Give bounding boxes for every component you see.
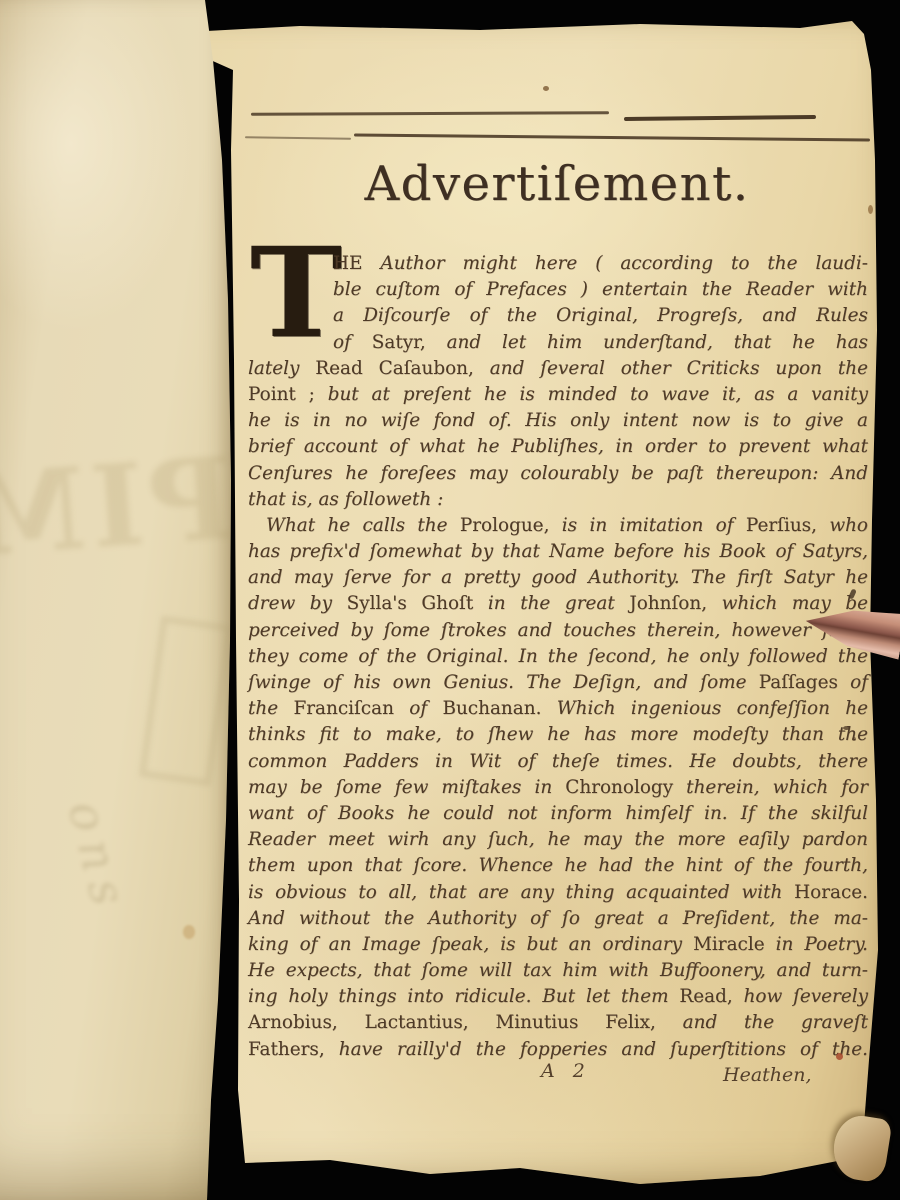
signature-mark: A 2 — [541, 1060, 591, 1082]
text-line: He expects, that ſome will tax him with … — [248, 958, 868, 984]
text-line: thinks fit to make, to ſhew he has more … — [248, 722, 868, 748]
text-line: What he calls the Prologue, is in imitat… — [248, 513, 868, 539]
showthrough-text: PIM — [30, 433, 239, 578]
text-line: common Padders in Wit of theſe times. He… — [248, 749, 868, 775]
text-line: want of Books he could not inform himſel… — [248, 801, 868, 827]
book-photo-frame: Advertiſement. T HE Author might here ( … — [0, 0, 900, 1200]
text-line: that is, as followeth : — [248, 487, 868, 513]
foxing-spot — [543, 86, 549, 91]
text-line: brief account of what he Publiſhes, in o… — [248, 434, 868, 460]
text-line: of Satyr, and let him underſtand, that h… — [333, 330, 868, 356]
page-title: Advertiſement. — [248, 156, 866, 212]
text-line: the Franciſcan of Buchanan. Which ingeni… — [248, 696, 868, 722]
text-line: king of an Image ſpeak, is but an ordina… — [248, 932, 868, 958]
text-line: has prefix'd ſomewhat by that Name befor… — [248, 539, 868, 565]
text-line: he is in no wiſe fond of. His only inten… — [248, 408, 868, 434]
text-line: perceived by ſome ſtrokes and touches th… — [248, 618, 868, 644]
text-line: may be ſome few miſtakes in Chronology t… — [248, 775, 868, 801]
foxing-spot — [868, 205, 873, 214]
catchword: Heathen, — [723, 1064, 812, 1086]
text-line: Cenſures he foreſees may colourably be p… — [248, 461, 868, 487]
foxing-spot — [852, 737, 856, 741]
text-line: Fathers, have railly'd the fopperies and… — [248, 1037, 868, 1063]
direction-line: A 2 Heathen, — [248, 1060, 868, 1090]
foxing-spot — [843, 726, 850, 730]
text-line: they come of the Original. In the ſecond… — [248, 644, 868, 670]
text-line: Reader meet wirh any ſuch, he may the mo… — [248, 827, 868, 853]
foxing-spot-red — [836, 1053, 843, 1060]
facing-page: PIM ons — [0, 0, 236, 1200]
text-line: ble cuſtom of Prefaces ) entertain the R… — [333, 277, 868, 303]
text-line: Arnobius, Lactantius, Minutius Felix, an… — [248, 1010, 868, 1036]
text-line: lately Read Caſaubon, and ſeveral other … — [248, 356, 868, 382]
foxing-spot — [183, 925, 195, 939]
text-line: drew by Sylla's Ghoſt in the great Johnſ… — [248, 591, 868, 617]
text-line: a Diſcourſe of the Original, Progreſs, a… — [333, 303, 868, 329]
text-line: ſwinge of his own Genius. The Deſign, an… — [248, 670, 868, 696]
text-line: is obvious to all, that are any thing ac… — [248, 880, 868, 906]
text-line: and may ſerve for a pretty good Authorit… — [248, 565, 868, 591]
body-text: HE Author might here ( according to the … — [248, 251, 868, 1063]
text-line: And without the Authority of ſo great a … — [248, 906, 868, 932]
text-line: them upon that ſcore. Whence he had the … — [248, 853, 868, 879]
text-line: Point ; but at preſent he is minded to w… — [248, 382, 868, 408]
text-line: HE Author might here ( according to the … — [333, 251, 868, 277]
text-line: ing holy things into ridicule. But let t… — [248, 984, 868, 1010]
